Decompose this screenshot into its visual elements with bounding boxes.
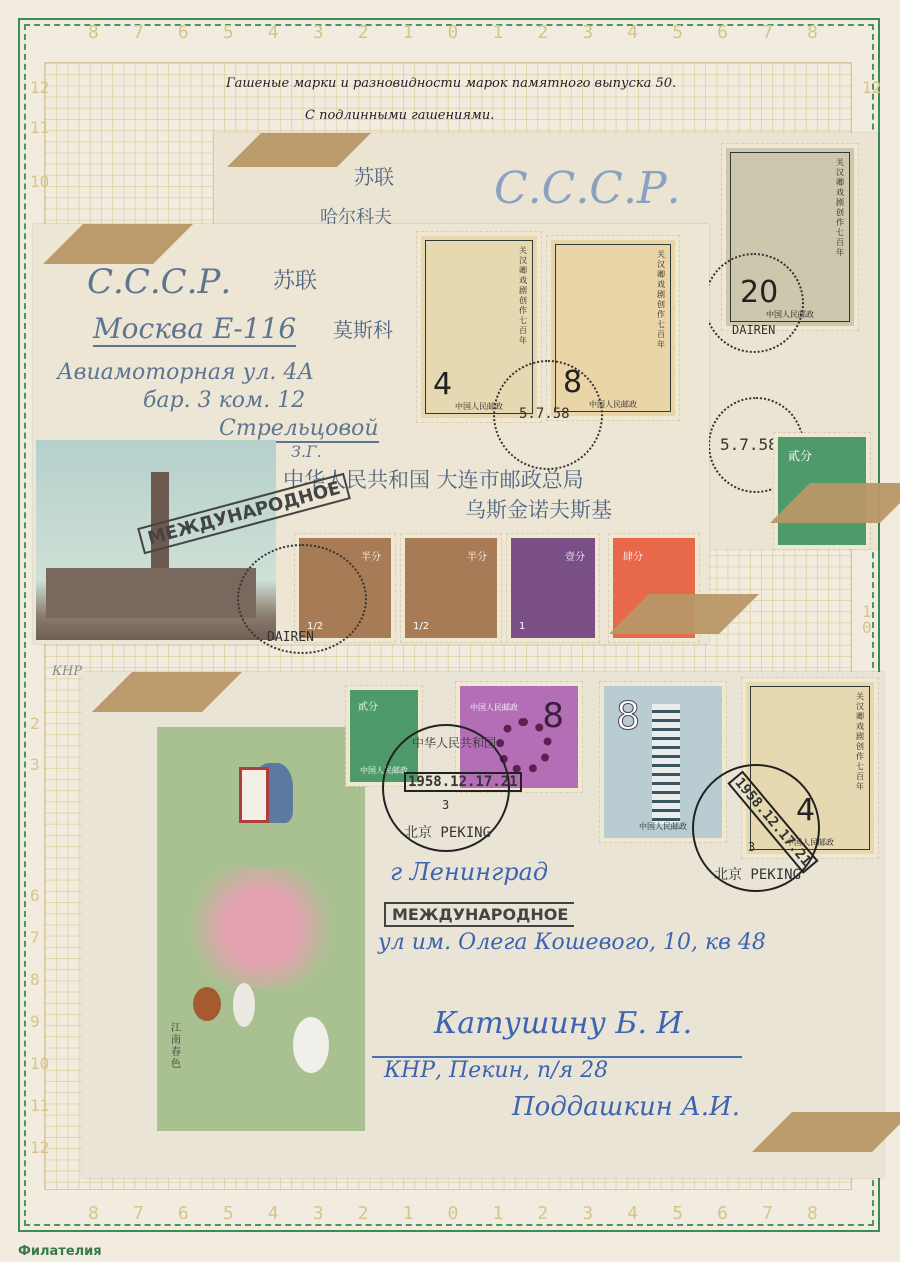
ruler-label: 0 bbox=[448, 22, 459, 43]
address-chinese: 苏联 bbox=[354, 161, 394, 190]
ruler-label: 12 bbox=[30, 78, 49, 97]
ruler-label: 6 bbox=[178, 1203, 189, 1224]
ruler-label: 1 bbox=[492, 22, 503, 43]
stamp-value: 1 bbox=[519, 621, 525, 632]
stamp-caption: 中国人民邮政 bbox=[470, 702, 518, 713]
address-chinese-country: 苏联 bbox=[273, 264, 317, 295]
ruler-label: 3 bbox=[582, 1203, 593, 1224]
envelope-bottom: 江南春色 貳分 中国人民邮政 8 中国人民邮政 8 中国人民邮政 关汉卿戏剧创作… bbox=[82, 672, 884, 1178]
hen-brown bbox=[193, 987, 221, 1021]
postmark-city: 北京 PEKING bbox=[404, 822, 491, 842]
figure-child bbox=[239, 767, 269, 823]
postmark-number: 3 bbox=[748, 840, 755, 854]
ruler-label: 2 bbox=[30, 714, 40, 733]
ruler-label: 5 bbox=[672, 22, 683, 43]
postmark-number: 3 bbox=[442, 798, 449, 812]
address-country: С.С.С.Р. bbox=[87, 262, 231, 302]
address-street: Авиамоторная ул. 4А bbox=[57, 360, 314, 385]
photo-corner-hinge bbox=[92, 672, 242, 712]
peach-blossom bbox=[157, 867, 365, 987]
ruler-label: 3 bbox=[313, 1203, 324, 1224]
ruler-label: 8 bbox=[88, 22, 99, 43]
international-boxmark: МЕЖДУНАРОДНОЕ bbox=[384, 902, 574, 927]
stamp-value: 4 bbox=[433, 367, 452, 402]
ruler-label: 4 bbox=[627, 22, 638, 43]
ruler-label: 7 bbox=[133, 1203, 144, 1224]
postmark-dairen-lower: DAIREN bbox=[237, 544, 367, 654]
stamp-caption: 半分 bbox=[467, 548, 487, 563]
hen-speckled bbox=[233, 983, 255, 1027]
ruler-label: 3 bbox=[582, 22, 593, 43]
address-city: г Ленинград bbox=[390, 858, 548, 886]
postmark-date: 5.7.58 bbox=[519, 406, 570, 422]
stamp-value: 1/2 bbox=[413, 621, 429, 632]
stamp-caption: 肆分 bbox=[623, 548, 643, 563]
postmark-peking-2: 1958.12.17.21 3 北京 PEKING bbox=[692, 764, 820, 892]
postmark-dairen: 5.7.58 bbox=[493, 360, 603, 470]
stamp-miner-half-fen: 半分 1/2 bbox=[401, 534, 501, 642]
address-country: С.С.С.Р. bbox=[494, 163, 681, 214]
pencil-note: КНР bbox=[52, 664, 82, 679]
ruler-label: 7 bbox=[30, 928, 40, 947]
postmark-city: DAIREN bbox=[267, 630, 314, 645]
photo-corner-hinge bbox=[752, 1112, 900, 1152]
postmark-city: DAIREN bbox=[732, 323, 775, 337]
ruler-label: 8 bbox=[30, 970, 40, 989]
address-building: бар. 3 ком. 12 bbox=[143, 388, 305, 413]
ruler-label: 9 bbox=[30, 1012, 40, 1031]
ruler-label: 6 bbox=[30, 886, 40, 905]
ruler-label: 12 bbox=[862, 78, 881, 97]
painting-inscription: 江南春色 bbox=[171, 1023, 183, 1071]
hen-white bbox=[293, 1017, 329, 1073]
postmark-date: 1958.12.17.21 bbox=[727, 771, 818, 874]
address-street: ул им. Олега Кошевого, 10, кв 48 bbox=[378, 930, 766, 955]
postmark-date: 1958.12.17.21 bbox=[404, 772, 522, 792]
ruler-label: 1 bbox=[492, 1203, 503, 1224]
page-title: Гашеные марки и разновидности марок памя… bbox=[226, 76, 676, 91]
ruler-label: 4 bbox=[268, 22, 279, 43]
postmark-country: 中华人民共和国 bbox=[412, 734, 496, 751]
stamp-value: 8 bbox=[616, 694, 640, 738]
ruler-label: 11 bbox=[30, 1096, 49, 1115]
stamp-machinist-1fen: 壹分 1 bbox=[507, 534, 599, 642]
ruler-label: 6 bbox=[717, 1203, 728, 1224]
sender-address: КНР, Пекин, п/я 28 bbox=[384, 1058, 608, 1083]
sender-chinese-line-2: 乌斯金诺夫斯基 bbox=[465, 494, 612, 524]
ruler-label: 6 bbox=[717, 22, 728, 43]
ruler-label: 0 bbox=[862, 618, 872, 637]
postmark-city: 北京 PEKING bbox=[714, 864, 801, 884]
postmark-dairen: DAIREN bbox=[704, 253, 804, 353]
ruler-label: 12 bbox=[30, 1138, 49, 1157]
spring-painting-illustration: 江南春色 bbox=[157, 727, 365, 1131]
ruler-label: 5 bbox=[672, 1203, 683, 1224]
ruler-label: 4 bbox=[268, 1203, 279, 1224]
pagoda-tower bbox=[652, 704, 680, 824]
ruler-label: 2 bbox=[537, 1203, 548, 1224]
ruler-top: 87654321012345678 bbox=[88, 22, 818, 43]
ruler-label: 0 bbox=[448, 1203, 459, 1224]
ruler-label: 7 bbox=[762, 22, 773, 43]
ruler-label: 8 bbox=[807, 1203, 818, 1224]
stamp-caption: 貳分 bbox=[358, 698, 378, 713]
sender-name: Поддашкин А.И. bbox=[512, 1092, 740, 1122]
ruler-label: 6 bbox=[178, 22, 189, 43]
ruler-bottom: 87654321012345678 bbox=[88, 1203, 818, 1224]
address-initials: З.Г. bbox=[291, 442, 322, 461]
page-subtitle: С подлинными гашениями. bbox=[305, 108, 494, 123]
ruler-label: 3 bbox=[30, 755, 40, 774]
address-city: Москва Е-116 bbox=[93, 312, 296, 347]
ruler-label: 2 bbox=[537, 22, 548, 43]
ruler-label: 10 bbox=[30, 1054, 49, 1073]
ruler-label: 5 bbox=[223, 1203, 234, 1224]
ruler-label: 3 bbox=[313, 22, 324, 43]
stamp-caption: 关汉卿戏剧创作七百年 bbox=[657, 250, 667, 350]
ruler-label: 5 bbox=[223, 22, 234, 43]
ruler-label: 7 bbox=[133, 22, 144, 43]
address-recipient: Стрельцовой bbox=[219, 416, 379, 443]
monument-building bbox=[46, 568, 256, 618]
photo-corner-hinge bbox=[43, 224, 193, 264]
ruler-label: 2 bbox=[358, 1203, 369, 1224]
album-page: 87654321012345678 87654321012345678 12 1… bbox=[0, 0, 900, 1262]
stamp-caption: 壹分 bbox=[565, 548, 585, 563]
postmark-peking-1: 中华人民共和国 1958.12.17.21 3 北京 PEKING bbox=[382, 724, 510, 852]
publisher-label: Филателия bbox=[18, 1244, 102, 1259]
stamp-caption: 关汉卿戏剧创作七百年 bbox=[856, 692, 866, 792]
ruler-label: 11 bbox=[30, 118, 49, 137]
ruler-label: 7 bbox=[762, 1203, 773, 1224]
address-chinese-city: 莫斯科 bbox=[333, 314, 393, 343]
envelope-front: С.С.С.Р. 苏联 Москва Е-116 莫斯科 Авиамоторна… bbox=[33, 224, 709, 644]
postmark-date: 5.7.58 bbox=[720, 435, 778, 454]
ruler-label: 8 bbox=[88, 1203, 99, 1224]
stamp-caption: 貳分 bbox=[788, 447, 812, 464]
stamp-caption: 半分 bbox=[361, 548, 381, 563]
photo-corner-hinge bbox=[227, 133, 371, 167]
stamp-caption: 关汉卿戏剧创作七百年 bbox=[836, 158, 846, 258]
stamp-caption: 关汉卿戏剧创作七百年 bbox=[519, 246, 529, 346]
ruler-label: 1 bbox=[403, 1203, 414, 1224]
address-recipient: Катушину Б. И. bbox=[434, 1006, 692, 1041]
ruler-label: 8 bbox=[807, 22, 818, 43]
ruler-label: 10 bbox=[30, 172, 49, 191]
ruler-label: 4 bbox=[627, 1203, 638, 1224]
ruler-label: 2 bbox=[358, 22, 369, 43]
ruler-label: 1 bbox=[403, 22, 414, 43]
